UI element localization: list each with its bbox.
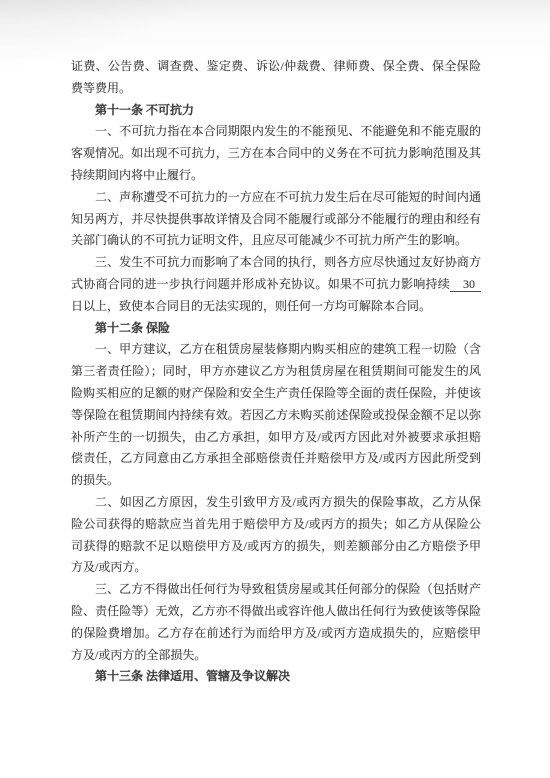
article-12-clause-2: 二、如因乙方原因，发生引致甲方及/或丙方损失的保险事故，乙方从保险公司获得的赔款…: [71, 492, 481, 579]
contract-text-block: 证费、公告费、调查费、鉴定费、诉讼/仲裁费、律师费、保全费、保全保险费等费用。 …: [71, 56, 481, 688]
article-12-clause-3: 三、乙方不得做出任何行为导致租赁房屋或其任何部分的保险（包括财产险、责任险等）无…: [71, 579, 481, 666]
article-11-clause-1: 一、不可抗力指在本合同期限内发生的不能预见、不能避免和不能克服的客观情况。如出现…: [71, 121, 481, 186]
article-12-clause-1: 一、甲方建议，乙方在租赁房屋装修期内购买相应的建筑工程一切险（含第三者责任险）；…: [71, 339, 481, 492]
force-majeure-days-blank: 30: [450, 277, 481, 292]
fees-continuation-text: 证费、公告费、调查费、鉴定费、诉讼/仲裁费、律师费、保全费、保全保险费等费用。: [71, 56, 481, 100]
article-11-clause-3-post: 日以上，致使本合同目的无法实现的，则任何一方均可解除本合同。: [71, 299, 431, 313]
scanned-contract-page: 证费、公告费、调查费、鉴定费、诉讼/仲裁费、律师费、保全费、保全保险费等费用。 …: [0, 0, 550, 778]
article-11-clause-3: 三、发生不可抗力而影响了本合同的执行，则各方应尽快通过友好协商方式协商合同的进一…: [71, 252, 481, 317]
article-13-heading: 第十三条 法律适用、管辖及争议解决: [71, 666, 481, 688]
article-11-heading: 第十一条 不可抗力: [71, 100, 481, 122]
article-12-heading: 第十二条 保险: [71, 318, 481, 340]
article-11-clause-3-pre: 三、发生不可抗力而影响了本合同的执行，则各方应尽快通过友好协商方式协商合同的进一…: [71, 255, 481, 291]
article-11-clause-2: 二、声称遭受不可抗力的一方应在不可抗力发生后在尽可能短的时间内通知另两方，并尽快…: [71, 187, 481, 252]
